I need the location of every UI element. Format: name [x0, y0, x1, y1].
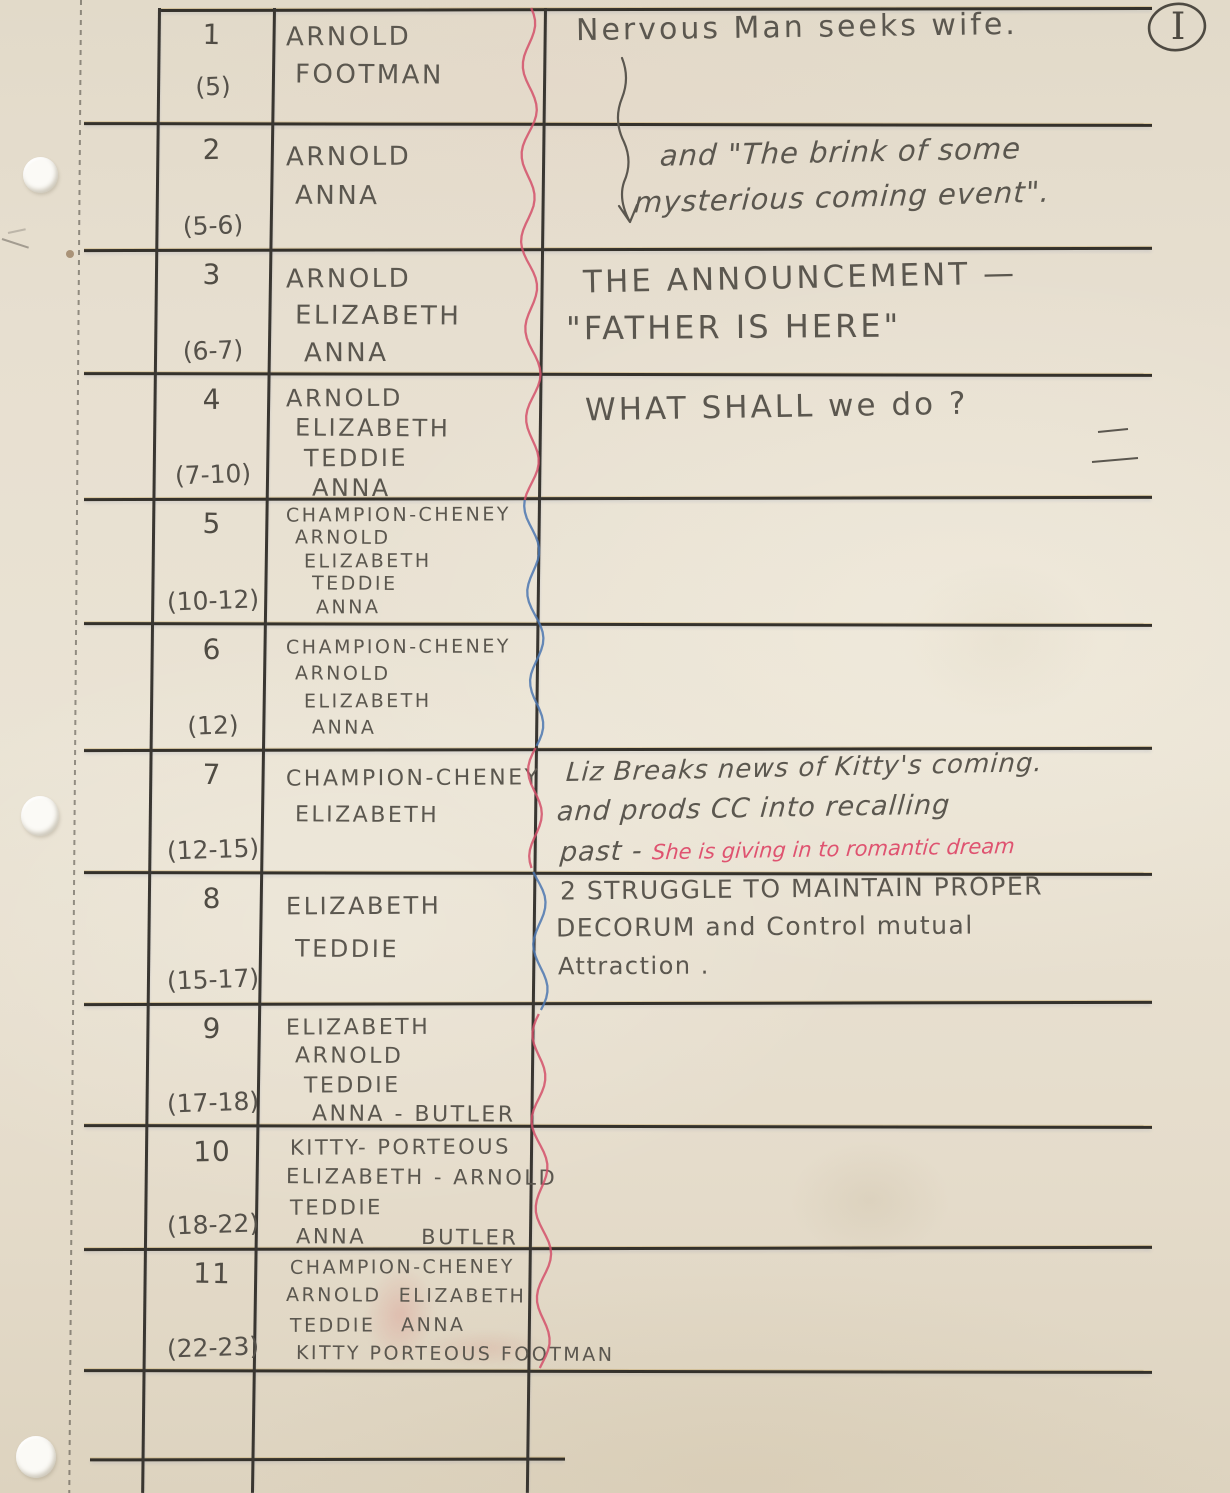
- character-name: FOOTMAN: [295, 56, 444, 95]
- characters-cell: CHAMPION-CHENEYARNOLDELIZABETHTEDDIEANNA: [286, 504, 511, 619]
- table-row: 6(12)CHAMPION-CHENEYARNOLDELIZABETHANNA: [0, 623, 1230, 748]
- scene-number: 8: [152, 881, 273, 916]
- characters-cell: ARNOLDFOOTMAN: [286, 18, 444, 94]
- note-line: past - She is giving in to romantic drea…: [559, 829, 1016, 868]
- table-row: 9(17-18)ELIZABETHARNOLDTEDDIEANNA - BUTL…: [0, 1002, 1230, 1125]
- character-name: ELIZABETH: [295, 297, 462, 335]
- scene-number: 2: [152, 132, 273, 167]
- note-text: "FATHER IS HERE": [566, 307, 902, 348]
- character-name: CHAMPION-CHENEY: [286, 759, 541, 797]
- page-range: (5): [148, 70, 279, 104]
- note-line: DECORUM and Control mutual: [556, 911, 974, 943]
- note-line: Attraction .: [558, 952, 710, 981]
- character-name: ELIZABETH: [295, 796, 541, 834]
- character-name: ARNOLD: [295, 660, 511, 688]
- page-range: (17-18): [148, 1086, 279, 1120]
- character-name: KITTY PORTEOUS FOOTMAN: [296, 1339, 615, 1370]
- red-ink-note: She is giving in to romantic dream: [651, 834, 1015, 864]
- character-name: ELIZABETH: [304, 549, 511, 573]
- page-range: (6-7): [148, 334, 279, 368]
- act-number-label: I: [1143, 2, 1213, 54]
- scene-number: 11: [152, 1256, 273, 1291]
- character-name: TEDDIE: [304, 443, 450, 474]
- note-text: DECORUM and Control mutual: [556, 911, 974, 943]
- note-line: Liz Breaks news of Kitty's coming.: [565, 748, 1044, 788]
- note-line: and "The brink of some: [659, 131, 1022, 173]
- table-row: 10(18-22)KITTY- PORTEOUSELIZABETH - ARNO…: [0, 1125, 1230, 1247]
- table-row: 3(6-7)ARNOLDELIZABETHANNATHE ANNOUNCEMEN…: [0, 248, 1230, 373]
- character-name: KITTY- PORTEOUS: [290, 1131, 557, 1162]
- character-name: ARNOLD: [286, 383, 450, 414]
- character-name: CHAMPION-CHENEY: [286, 633, 511, 661]
- table-row: 5(10-12)CHAMPION-CHENEYARNOLDELIZABETHTE…: [0, 497, 1230, 623]
- note-line: "FATHER IS HERE": [566, 307, 902, 348]
- note-text: 2 STRUGGLE TO MAINTAIN PROPER: [560, 871, 1043, 905]
- scene-number: 10: [152, 1134, 273, 1169]
- note-line: 2 STRUGGLE TO MAINTAIN PROPER: [560, 871, 1043, 905]
- table-row: 2(5-6)ARNOLDANNAand "The brink of somemy…: [0, 123, 1230, 248]
- note-text: mysterious coming event".: [633, 175, 1051, 220]
- character-name: TEDDIE: [312, 572, 511, 596]
- page-range: (22-23): [148, 1331, 279, 1365]
- note-text: Nervous Man seeks wife.: [576, 7, 1018, 48]
- character-name: ELIZABETH: [295, 413, 450, 444]
- character-name: TEDDIE ANNA: [290, 1310, 615, 1341]
- character-name: ARNOLD ELIZABETH: [286, 1281, 615, 1312]
- page-range: (12): [148, 709, 279, 743]
- act-number-badge: I: [1143, 2, 1213, 58]
- character-name: ELIZABETH: [304, 687, 511, 715]
- character-name: ANNA: [316, 595, 511, 619]
- note-line: mysterious coming event".: [633, 175, 1051, 220]
- note-text: past -: [559, 835, 653, 868]
- note-text: Attraction .: [558, 952, 710, 981]
- characters-cell: ARNOLDANNA: [286, 138, 411, 216]
- note-line: WHAT SHALL we do ?: [585, 386, 969, 429]
- scene-number: 1: [152, 17, 273, 52]
- row-divider-line: [90, 1458, 565, 1462]
- note-text: Liz Breaks news of Kitty's coming.: [565, 748, 1044, 788]
- scene-number: 4: [152, 382, 273, 417]
- note-text: and "The brink of some: [659, 131, 1022, 173]
- character-name: ANNA: [295, 177, 412, 217]
- characters-cell: ELIZABETHARNOLDTEDDIEANNA - BUTLER: [286, 1013, 516, 1129]
- character-name: CHAMPION-CHENEY: [290, 1252, 615, 1283]
- note-text: and prods CC into recalling: [556, 790, 951, 828]
- characters-cell: CHAMPION-CHENEYARNOLD ELIZABETHTEDDIE AN…: [286, 1253, 614, 1369]
- characters-cell: ARNOLDELIZABETHTEDDIEANNA: [286, 383, 450, 503]
- characters-cell: ARNOLDELIZABETHANNA: [286, 261, 461, 372]
- character-name: ARNOLD: [286, 138, 411, 178]
- character-name: CHAMPION-CHENEY: [286, 503, 511, 527]
- table-row: 7(12-15)CHAMPION-CHENEYELIZABETHLiz Brea…: [0, 748, 1230, 872]
- note-line: and prods CC into recalling: [556, 790, 951, 828]
- table-row: 11(22-23)CHAMPION-CHENEYARNOLD ELIZABETH…: [0, 1247, 1230, 1370]
- character-name: TEDDIE: [304, 1070, 516, 1100]
- character-name: ELIZABETH - ARNOLD: [286, 1161, 557, 1193]
- character-name: TEDDIE: [295, 928, 442, 972]
- page-range: (15-17): [148, 963, 279, 997]
- characters-cell: CHAMPION-CHENEYARNOLDELIZABETHANNA: [286, 634, 511, 742]
- character-name: ANNA: [312, 714, 511, 742]
- scene-number: 9: [152, 1011, 273, 1046]
- character-name: ARNOLD: [286, 261, 462, 299]
- scene-number: 5: [152, 506, 273, 541]
- scene-number: 6: [152, 632, 273, 667]
- character-name: ELIZABETH: [286, 885, 442, 929]
- scanned-scene-breakdown-page: 1(5)ARNOLDFOOTMANNervous Man seeks wife.…: [0, 0, 1230, 1493]
- page-range: (10-12): [148, 584, 279, 618]
- table-row: 8(15-17)ELIZABETHTEDDIE2 STRUGGLE TO MAI…: [0, 872, 1230, 1002]
- page-range: (5-6): [148, 209, 279, 243]
- character-name: TEDDIE: [290, 1191, 557, 1222]
- character-name: ELIZABETH: [286, 1012, 516, 1042]
- hole-punch: [16, 1436, 56, 1478]
- table-row: 1(5)ARNOLDFOOTMANNervous Man seeks wife.: [0, 8, 1230, 123]
- note-line: Nervous Man seeks wife.: [576, 7, 1018, 48]
- characters-cell: KITTY- PORTEOUSELIZABETH - ARNOLDTEDDIEA…: [286, 1132, 557, 1252]
- character-name: ARNOLD: [295, 526, 511, 550]
- table-row: 4(7-10)ARNOLDELIZABETHTEDDIEANNAWHAT SHA…: [0, 373, 1230, 497]
- page-range: (18-22): [148, 1208, 279, 1242]
- character-name: ARNOLD: [286, 18, 444, 57]
- page-range: (12-15): [148, 833, 279, 867]
- scene-number: 3: [152, 257, 273, 292]
- character-name: ANNA: [304, 335, 462, 373]
- note-text: THE ANNOUNCEMENT —: [583, 255, 1018, 300]
- characters-cell: CHAMPION-CHENEYELIZABETH: [286, 760, 541, 834]
- note-line: THE ANNOUNCEMENT —: [583, 255, 1018, 300]
- character-name: ARNOLD: [295, 1041, 516, 1071]
- characters-cell: ELIZABETHTEDDIE: [286, 885, 441, 971]
- note-text: WHAT SHALL we do ?: [585, 386, 969, 429]
- page-range: (7-10): [148, 458, 279, 492]
- scene-number: 7: [152, 757, 273, 792]
